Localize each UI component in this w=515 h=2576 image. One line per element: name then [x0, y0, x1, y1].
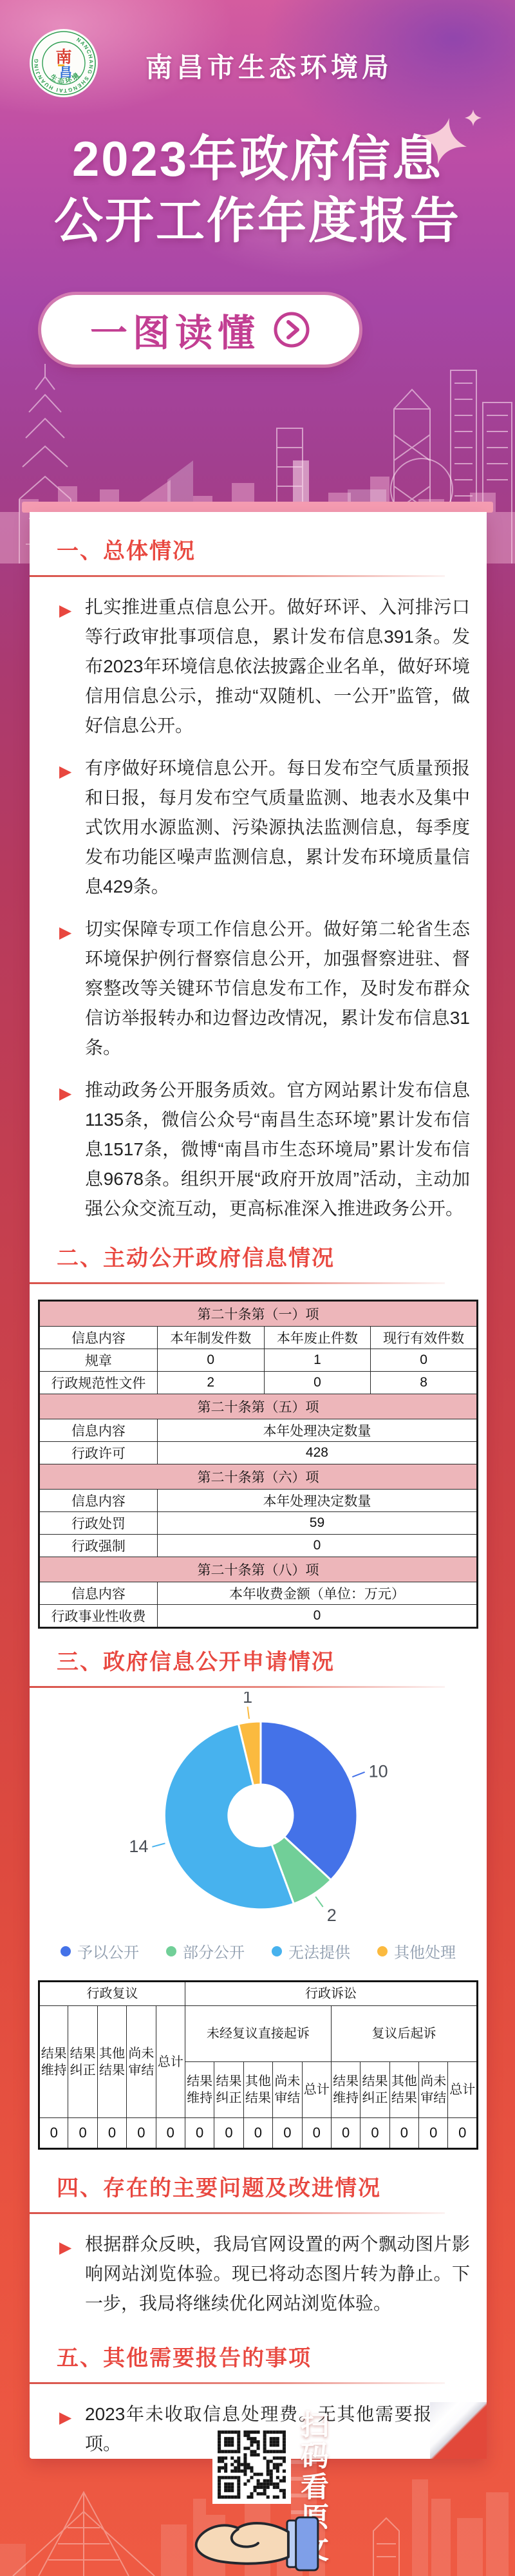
section-5-underline [30, 2382, 445, 2384]
table-cell: 1 [264, 1349, 371, 1372]
applications-donut-chart: 102141 [33, 1692, 483, 1940]
value-cell: 0 [156, 2118, 185, 2149]
table-cell: 行政强制 [39, 1535, 158, 1557]
svg-text:南: 南 [55, 48, 71, 66]
table-cell: 行政处罚 [39, 1512, 158, 1535]
bullet-triangle-icon: ▶ [59, 757, 71, 786]
column-header: 其他结果 [243, 2062, 272, 2118]
table-cell: 本年处理决定数量 [157, 1419, 477, 1442]
bullet-item: ▶推动政务公开服务质效。官方网站累计发布信息1135条，微信公众号“南昌生态环境… [59, 1075, 470, 1224]
bullet-triangle-icon: ▶ [59, 2233, 71, 2262]
table-cell: 本年制发件数 [157, 1327, 264, 1349]
table-band-header: 第二十条第（五）项 [39, 1394, 478, 1419]
section-2-underline [30, 1282, 445, 1284]
column-header: 总计 [448, 2062, 478, 2118]
label-leader-line [315, 1897, 323, 1907]
slice-value-label: 14 [129, 1837, 148, 1856]
bullet-item: ▶切实保障专项工作信息公开。做好第二轮省生态环境保护例行督察信息公开，加强督察进… [59, 914, 470, 1063]
legend-dot [166, 1946, 176, 1956]
section-3-title: 三、政府信息公开申请情况 [57, 1644, 487, 1676]
bureau-logo: NANCHANG SHENGTAI HUANJING 生态环境 南 昌 [30, 29, 98, 97]
value-cell: 0 [39, 2118, 68, 2149]
legend-dot [61, 1946, 71, 1956]
bullet-triangle-icon: ▶ [59, 1079, 71, 1108]
legend-item: 予以公开 [61, 1940, 139, 1962]
table-cell: 本年废止件数 [264, 1327, 371, 1349]
bullet-triangle-icon: ▶ [59, 596, 71, 625]
page-curl-decoration [430, 2402, 487, 2459]
table-cell: 规章 [39, 1349, 158, 1372]
slice-value-label: 10 [369, 1762, 388, 1781]
bullet-text: 推动政务公开服务质效。官方网站累计发布信息1135条，微信公众号“南昌生态环境”… [85, 1080, 470, 1218]
section-1-underline [30, 575, 445, 577]
table-cell: 行政规范性文件 [39, 1372, 158, 1394]
chart-legend: 予以公开部分公开无法提供其他处理 [30, 1940, 487, 1962]
table-article20: 第二十条第（一）项信息内容本年制发件数本年废止件数现行有效件数规章010行政规范… [38, 1300, 478, 1629]
slice-value-label: 2 [327, 1906, 337, 1925]
section-1-title: 一、总体情况 [57, 533, 487, 565]
value-cell: 0 [97, 2118, 126, 2149]
value-cell: 0 [302, 2118, 331, 2149]
section-3-underline [30, 1686, 445, 1688]
column-header: 总计 [302, 2062, 331, 2118]
read-in-one-image-button[interactable]: 一图读懂 [41, 295, 359, 365]
legend-item: 部分公开 [166, 1940, 245, 1962]
table-cell: 本年收费金额（单位：万元） [157, 1582, 477, 1605]
qr-code [212, 2425, 291, 2504]
value-cell: 0 [243, 2118, 272, 2149]
column-header: 其他结果 [97, 2006, 126, 2118]
column-header: 总计 [156, 2006, 185, 2118]
column-header: 尚未审结 [273, 2062, 302, 2118]
column-header: 结果纠正 [360, 2062, 389, 2118]
bullet-text: 有序做好环境信息公开。每日发布空气质量预报和日报，每月发布空气质量监测、地表水及… [85, 758, 470, 896]
bullet-triangle-icon: ▶ [59, 2403, 71, 2432]
table-cell: 0 [264, 1372, 371, 1394]
value-cell: 0 [68, 2118, 97, 2149]
legend-label: 部分公开 [183, 1940, 245, 1962]
title-line-2: 公开工作年度报告 [0, 191, 515, 252]
table-cell: 0 [157, 1605, 477, 1628]
bullet-text: 切实保障专项工作信息公开。做好第二轮省生态环境保护例行督察信息公开，加强督察进驻… [85, 919, 470, 1057]
legend-label: 予以公开 [77, 1940, 139, 1962]
column-header: 结果维持 [331, 2062, 360, 2118]
report-card: 一、总体情况 ▶扎实推进重点信息公开。做好环评、入河排污口等行政审批事项信息，累… [30, 512, 487, 2459]
table-cell: 现行有效件数 [371, 1327, 478, 1349]
column-header: 结果纠正 [214, 2062, 243, 2118]
table-cell: 信息内容 [39, 1327, 158, 1349]
sparkle-small-icon [465, 109, 482, 126]
bullet-item: ▶有序做好环境信息公开。每日发布空气质量预报和日报，每月发布空气质量监测、地表水… [59, 753, 470, 902]
label-leader-line [152, 1843, 165, 1847]
section-4-underline [30, 2212, 445, 2214]
table-cell: 2 [157, 1372, 264, 1394]
card-top-ribbon [22, 502, 493, 513]
hand-icon [187, 2515, 327, 2572]
slice-value-label: 1 [243, 1692, 252, 1707]
bullet-text: 扎实推进重点信息公开。做好环评、入河排污口等行政审批事项信息，累计发布信息391… [85, 597, 470, 735]
table-cell: 0 [157, 1535, 477, 1557]
table-cell: 行政事业性收费 [39, 1605, 158, 1628]
poster-background: NANCHANG SHENGTAI HUANJING 生态环境 南 昌 南昌市生… [0, 0, 515, 2576]
value-cell: 0 [185, 2118, 214, 2149]
subgroup-header: 复议后起诉 [331, 2006, 477, 2062]
table-cell: 行政许可 [39, 1442, 158, 1464]
table-cell: 0 [371, 1349, 478, 1372]
value-cell: 0 [214, 2118, 243, 2149]
legend-label: 无法提供 [288, 1940, 350, 1962]
section-4-title: 四、存在的主要问题及改进情况 [57, 2170, 487, 2202]
legend-dot [377, 1946, 388, 1956]
group-header: 行政复议 [39, 1982, 185, 2006]
table-cell: 8 [371, 1372, 478, 1394]
legend-dot [272, 1946, 282, 1956]
legend-item: 其他处理 [377, 1940, 456, 1962]
column-header: 尚未审结 [127, 2006, 156, 2118]
bullet-item: ▶根据群众反映，我局官网设置的两个飘动图片影响网站浏览体验。现已将动态图片转为静… [59, 2230, 470, 2318]
read-in-one-image-label: 一图读懂 [90, 303, 260, 357]
bureau-name: 南昌市生态环境局 [145, 46, 393, 85]
value-cell: 0 [389, 2118, 418, 2149]
label-leader-line [352, 1772, 364, 1777]
value-cell: 0 [448, 2118, 478, 2149]
legend-item: 无法提供 [272, 1940, 350, 1962]
column-header: 尚未审结 [419, 2062, 448, 2118]
table-cell: 0 [157, 1349, 264, 1372]
table-review-litigation: 行政复议行政诉讼结果维持结果纠正其他结果尚未审结总计未经复议直接起诉复议后起诉结… [38, 1980, 478, 2150]
value-cell: 0 [127, 2118, 156, 2149]
svg-text:昌: 昌 [59, 65, 72, 80]
value-cell: 0 [360, 2118, 389, 2149]
value-cell: 0 [273, 2118, 302, 2149]
table-cell: 59 [157, 1512, 477, 1535]
table-band-header: 第二十条第（一）项 [39, 1301, 478, 1327]
group-header: 行政诉讼 [185, 1982, 477, 2006]
table-band-header: 第二十条第（八）项 [39, 1557, 478, 1582]
table-cell: 信息内容 [39, 1419, 158, 1442]
bullet-triangle-icon: ▶ [59, 918, 71, 947]
table-cell: 428 [157, 1442, 477, 1464]
section-2-title: 二、主动公开政府信息情况 [57, 1240, 487, 1272]
subgroup-header: 未经复议直接起诉 [185, 2006, 331, 2062]
label-leader-line [248, 1707, 249, 1719]
section-5-title: 五、其他需要报告的事项 [57, 2340, 487, 2372]
column-header: 其他结果 [389, 2062, 418, 2118]
column-header: 结果维持 [39, 2006, 68, 2118]
sparkle-icon [420, 117, 467, 165]
section-4-bullets: ▶根据群众反映，我局官网设置的两个飘动图片影响网站浏览体验。现已将动态图片转为静… [30, 2230, 487, 2318]
bullet-item: ▶扎实推进重点信息公开。做好环评、入河排污口等行政审批事项信息，累计发布信息39… [59, 592, 470, 741]
table-cell: 信息内容 [39, 1582, 158, 1605]
table-cell: 本年处理决定数量 [157, 1490, 477, 1512]
value-cell: 0 [419, 2118, 448, 2149]
bullet-text: 根据群众反映，我局官网设置的两个飘动图片影响网站浏览体验。现已将动态图片转为静止… [85, 2234, 470, 2313]
column-header: 结果纠正 [68, 2006, 97, 2118]
legend-label: 其他处理 [394, 1940, 456, 1962]
section-1-bullets: ▶扎实推进重点信息公开。做好环评、入河排污口等行政审批事项信息，累计发布信息39… [30, 592, 487, 1224]
circle-arrow-icon [273, 311, 310, 348]
column-header: 结果维持 [185, 2062, 214, 2118]
table-cell: 信息内容 [39, 1490, 158, 1512]
value-cell: 0 [331, 2118, 360, 2149]
table-band-header: 第二十条第（六）项 [39, 1464, 478, 1490]
